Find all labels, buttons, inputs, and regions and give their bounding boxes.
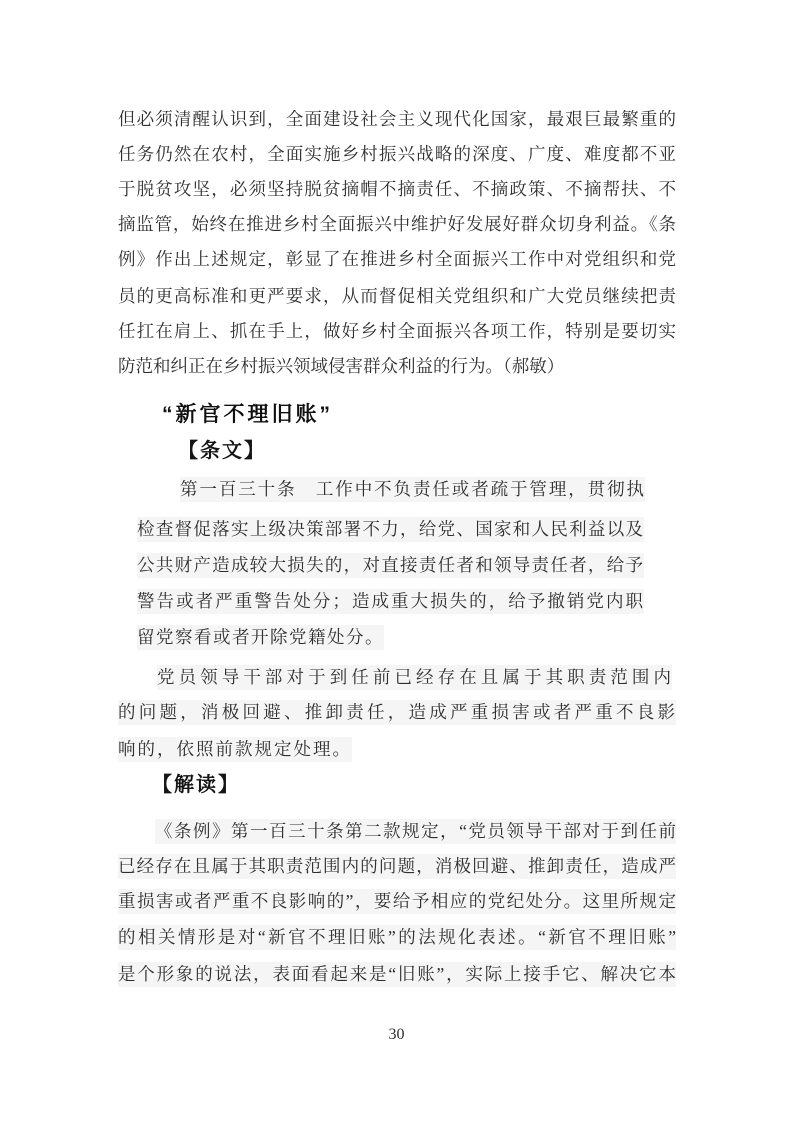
text-line: 例》作出上述规定，彰显了在推进乡村全面振兴工作中对党组织和党 xyxy=(118,244,676,274)
interpretation-text-line: 《条例》第一百三十条第二款规定，“党员领导干部对于到任前 xyxy=(155,816,676,846)
article-text-line: 响的，依照前款规定处理。 xyxy=(118,734,352,764)
highlighted-text: 的相关情形是对“新官不理旧账”的法规化表述。“新官不理旧账” xyxy=(118,925,676,950)
article-text-line: 党员领导干部对于到任前已经存在且属于其职责范围内 xyxy=(157,662,672,692)
highlighted-text: 已经存在且属于其职责范围内的问题，消极回避、推卸责任，造成严 xyxy=(118,854,676,879)
article-text-line: 检查督促落实上级决策部署不力，给党、国家和人民利益以及 xyxy=(137,514,644,544)
highlighted-text: 检查督促落实上级决策部署不力，给党、国家和人民利益以及 xyxy=(137,517,644,542)
highlighted-text: 重损害或者严重不良影响的”，要给予相应的党纪处分。这里所规定 xyxy=(118,889,676,914)
page-number: 30 xyxy=(0,1024,793,1046)
text-line: 防范和纠正在乡村振兴领域侵害群众利益的行为。（郝敏） xyxy=(118,351,564,381)
article-text-line: 第一百三十条 工作中不负责任或者疏于管理，贯彻执行、 xyxy=(180,474,645,504)
text-line: 任务仍然在农村，全面实施乡村振兴战略的深度、广度、难度都不亚 xyxy=(118,139,676,169)
article-text-line: 公共财产造成较大损失的，对直接责任者和领导责任者，给予 xyxy=(137,550,644,580)
interpretation-label: 【解读】 xyxy=(152,771,240,799)
article-text-line: 留党察看或者开除党籍处分。 xyxy=(137,622,384,652)
text-line: 摘监管，始终在推进乡村全面振兴中维护好发展好群众切身利益。《条 xyxy=(118,209,676,239)
highlighted-text: 警告或者严重警告处分；造成重大损失的，给予撤销党内职务、 xyxy=(137,589,644,616)
highlighted-text: 第一百三十条 工作中不负责任或者疏于管理，贯彻执行、 xyxy=(180,477,645,504)
article-text-line: 警告或者严重警告处分；造成重大损失的，给予撤销党内职务、 xyxy=(137,586,644,616)
highlighted-text: 是个形象的说法，表面看起来是“旧账”，实际上接手它、解决它本 xyxy=(118,962,676,987)
highlighted-text: 留党察看或者开除党籍处分。 xyxy=(137,625,384,650)
highlighted-text: 响的，依照前款规定处理。 xyxy=(118,737,352,762)
highlighted-text: 的问题，消极回避、推卸责任，造成严重损害或者严重不良影 xyxy=(118,700,676,725)
text-line: 任扛在肩上、抓在手上，做好乡村全面振兴各项工作，特别是要切实 xyxy=(118,316,676,346)
text-line: 于脱贫攻坚，必须坚持脱贫摘帽不摘责任、不摘政策、不摘帮扶、不 xyxy=(118,174,676,204)
interpretation-text-line: 是个形象的说法，表面看起来是“旧账”，实际上接手它、解决它本 xyxy=(118,959,676,989)
interpretation-text-line: 已经存在且属于其职责范围内的问题，消极回避、推卸责任，造成严 xyxy=(118,851,676,881)
interpretation-text-line: 的相关情形是对“新官不理旧账”的法规化表述。“新官不理旧账” xyxy=(118,922,676,952)
section-title: “新官不理旧账” xyxy=(162,401,333,429)
article-label: 【条文】 xyxy=(178,437,266,465)
text-line: 但必须清醒认识到，全面建设社会主义现代化国家，最艰巨最繁重的 xyxy=(118,104,676,134)
interpretation-text-line: 重损害或者严重不良影响的”，要给予相应的党纪处分。这里所规定 xyxy=(118,886,676,916)
highlighted-text: 党员领导干部对于到任前已经存在且属于其职责范围内 xyxy=(157,665,672,690)
article-text-line: 的问题，消极回避、推卸责任，造成严重损害或者严重不良影 xyxy=(118,697,676,727)
text-line: 员的更高标准和更严要求，从而督促相关党组织和广大党员继续把责 xyxy=(118,281,676,311)
highlighted-text: 《条例》第一百三十条第二款规定，“党员领导干部对于到任前 xyxy=(155,819,676,844)
highlighted-text: 公共财产造成较大损失的，对直接责任者和领导责任者，给予 xyxy=(137,553,644,578)
document-page: 但必须清醒认识到，全面建设社会主义现代化国家，最艰巨最繁重的 任务仍然在农村，全… xyxy=(0,0,793,1122)
